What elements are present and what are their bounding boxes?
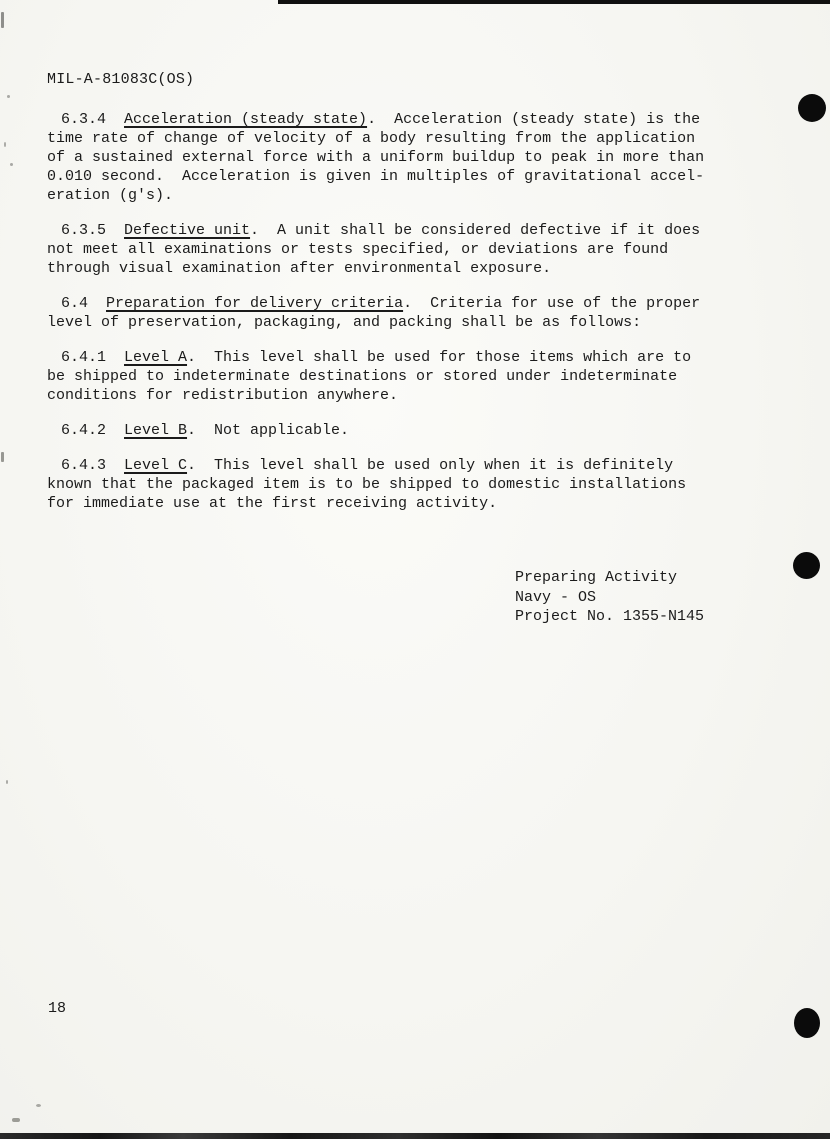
section-title: Level B (124, 422, 187, 439)
section-number: 6.4.1 (61, 349, 106, 366)
section-6-3-4: 6.3.4Acceleration (steady state). Accele… (47, 110, 753, 205)
document-id-header: MIL-A-81083C(OS) (47, 70, 194, 89)
preparing-activity-block: Preparing Activity Navy - OS Project No.… (515, 568, 704, 627)
page-number: 18 (48, 999, 66, 1018)
punch-hole-icon (794, 1008, 820, 1038)
preparing-activity-org: Navy - OS (515, 588, 704, 608)
section-6-4-2: 6.4.2Level B. Not applicable. (47, 421, 753, 440)
section-title: Level A (124, 349, 187, 366)
section-number: 6.4.3 (61, 457, 106, 474)
section-6-4: 6.4Preparation for delivery criteria. Cr… (47, 294, 753, 332)
document-body: 6.3.4Acceleration (steady state). Accele… (47, 110, 753, 529)
section-text: . Not applicable. (187, 422, 349, 439)
punch-hole-icon (793, 552, 820, 579)
scan-speckle (36, 1104, 41, 1107)
section-number: 6.4 (61, 295, 88, 312)
scan-speckle (4, 142, 6, 147)
section-title: Defective unit (124, 222, 250, 239)
scan-speckle (1, 12, 4, 28)
scan-speckle (12, 1118, 20, 1122)
section-number: 6.3.5 (61, 222, 106, 239)
section-6-3-5: 6.3.5Defective unit. A unit shall be con… (47, 221, 753, 278)
section-number: 6.3.4 (61, 111, 106, 128)
scan-speckle (6, 780, 8, 784)
scanned-document-page: MIL-A-81083C(OS) 6.3.4Acceleration (stea… (0, 0, 830, 1139)
preparing-activity-label: Preparing Activity (515, 568, 704, 588)
project-number: Project No. 1355-N145 (515, 607, 704, 627)
section-title: Level C (124, 457, 187, 474)
punch-hole-icon (798, 94, 826, 122)
scan-speckle (7, 95, 10, 98)
scan-speckle (10, 163, 13, 166)
section-title: Acceleration (steady state) (124, 111, 367, 128)
section-6-4-3: 6.4.3Level C. This level shall be used o… (47, 456, 753, 513)
bottom-scan-edge-artifact (0, 1133, 830, 1139)
section-6-4-1: 6.4.1Level A. This level shall be used f… (47, 348, 753, 405)
top-scan-edge-artifact (278, 0, 830, 4)
scan-speckle (1, 452, 4, 462)
section-title: Preparation for delivery criteria (106, 295, 403, 312)
section-number: 6.4.2 (61, 422, 106, 439)
